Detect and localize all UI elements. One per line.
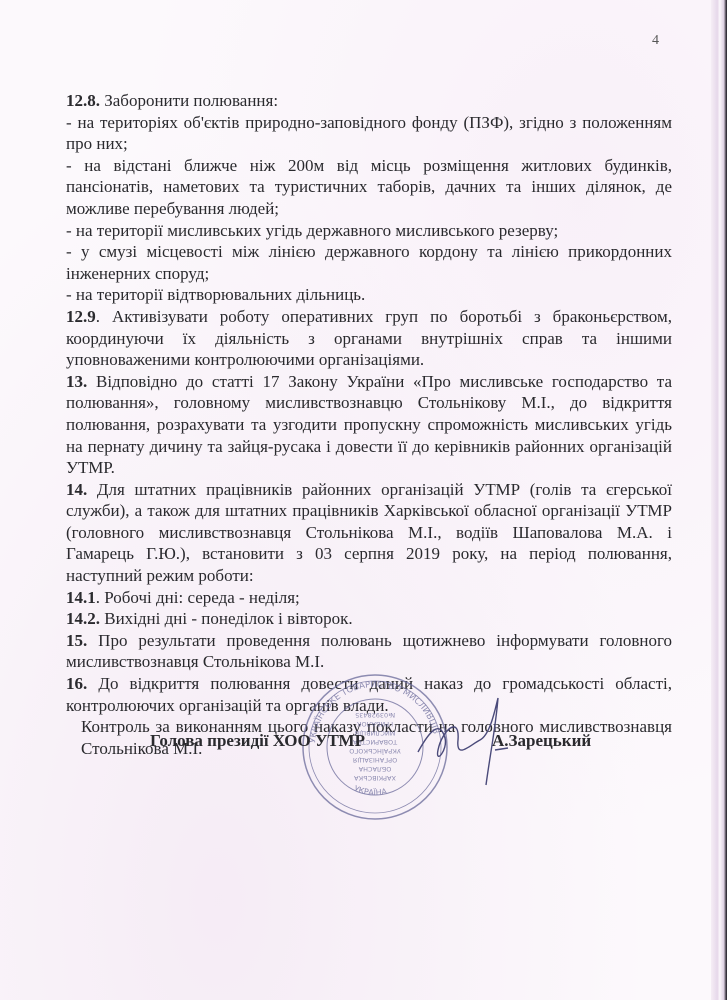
clause-12-8-bullet-5: - на території відтворювальних дільниць.: [66, 284, 672, 306]
signature-block: Голова президії ХОО УТМР А.Зарецький: [0, 728, 727, 758]
clause-15: 15. Про результати проведення полювань щ…: [66, 630, 672, 673]
clause-14: 14. Для штатних працівників районних орг…: [66, 479, 672, 587]
document-body: 12.8. Заборонити полювання: - на територ…: [66, 90, 672, 759]
page-edge: [711, 0, 727, 1000]
svg-text:ХАРКІВСЬКА: ХАРКІВСЬКА: [354, 774, 396, 782]
clause-14-1: 14.1. Робочі дні: середа - неділя;: [66, 587, 672, 609]
clause-12-9: 12.9. Активізувати роботу оперативних гр…: [66, 306, 672, 371]
svg-text:№03928435: №03928435: [355, 711, 396, 719]
clause-12-8: 12.8. Заборонити полювання:: [66, 90, 672, 112]
signatory-name: А.Зарецький: [492, 731, 591, 751]
clause-12-8-bullet-1: - на територіях об'єктів природно-запові…: [66, 112, 672, 155]
svg-text:ОБЛАСНА: ОБЛАСНА: [358, 765, 391, 773]
clause-13: 13. Відповідно до статті 17 Закону Украї…: [66, 371, 672, 479]
svg-text:УКРАЇНА: УКРАЇНА: [353, 784, 389, 797]
signatory-title: Голова президії ХОО УТМР: [150, 731, 365, 751]
page-number: 4: [652, 33, 659, 49]
clause-14-2: 14.2. Вихідні дні - понеділок і вівторок…: [66, 608, 672, 630]
clause-12-8-bullet-3: - на території мисливських угідь державн…: [66, 220, 672, 242]
clause-12-8-bullet-4: - у смузі місцевості між лінією державно…: [66, 241, 672, 284]
clause-12-8-bullet-2: - на відстані ближче ніж 200м від місць …: [66, 155, 672, 220]
svg-text:І РИБАЛОК: І РИБАЛОК: [356, 720, 393, 728]
